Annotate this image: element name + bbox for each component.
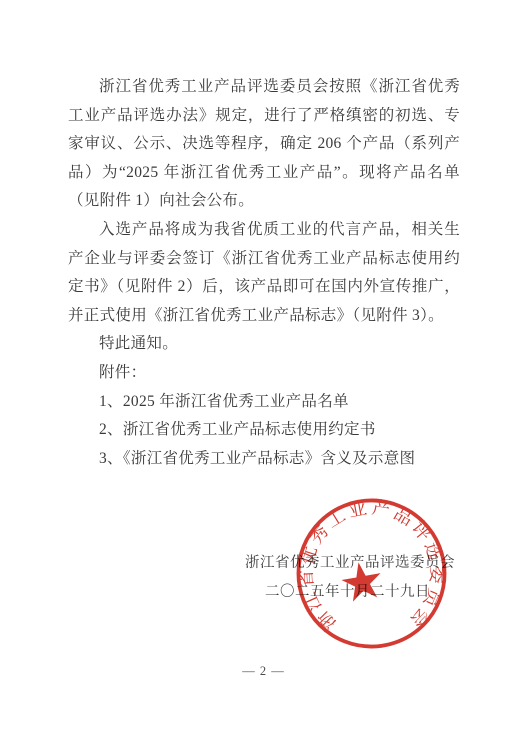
- attachment-item-2: 2、浙江省优秀工业产品标志使用约定书: [68, 416, 460, 445]
- attachments-label: 附件：: [68, 359, 460, 388]
- paragraph-logo-usage: 入选产品将成为我省优质工业的代言产品，相关生产企业与评委会签订《浙江省优秀工业产…: [68, 216, 460, 330]
- paragraph-notice-closing: 特此通知。: [68, 330, 460, 359]
- seal-rim-text: 浙江省优秀工业产品评选委员会: [296, 497, 448, 634]
- page-number: — 2 —: [0, 664, 527, 679]
- document-body: 浙江省优秀工业产品评选委员会按照《浙江省优秀工业产品评选办法》规定，进行了严格缜…: [68, 73, 460, 473]
- official-seal-stamp: 浙江省优秀工业产品评选委员会: [288, 490, 455, 657]
- attachment-item-3: 3、《浙江省优秀工业产品标志》含义及示意图: [68, 445, 460, 474]
- paragraph-selection-process: 浙江省优秀工业产品评选委员会按照《浙江省优秀工业产品评选办法》规定，进行了严格缜…: [68, 73, 460, 216]
- document-page: 浙江省优秀工业产品评选委员会按照《浙江省优秀工业产品评选办法》规定，进行了严格缜…: [0, 0, 527, 745]
- attachment-item-1: 1、2025 年浙江省优秀工业产品名单: [68, 388, 460, 417]
- seal-star-icon: [339, 559, 385, 603]
